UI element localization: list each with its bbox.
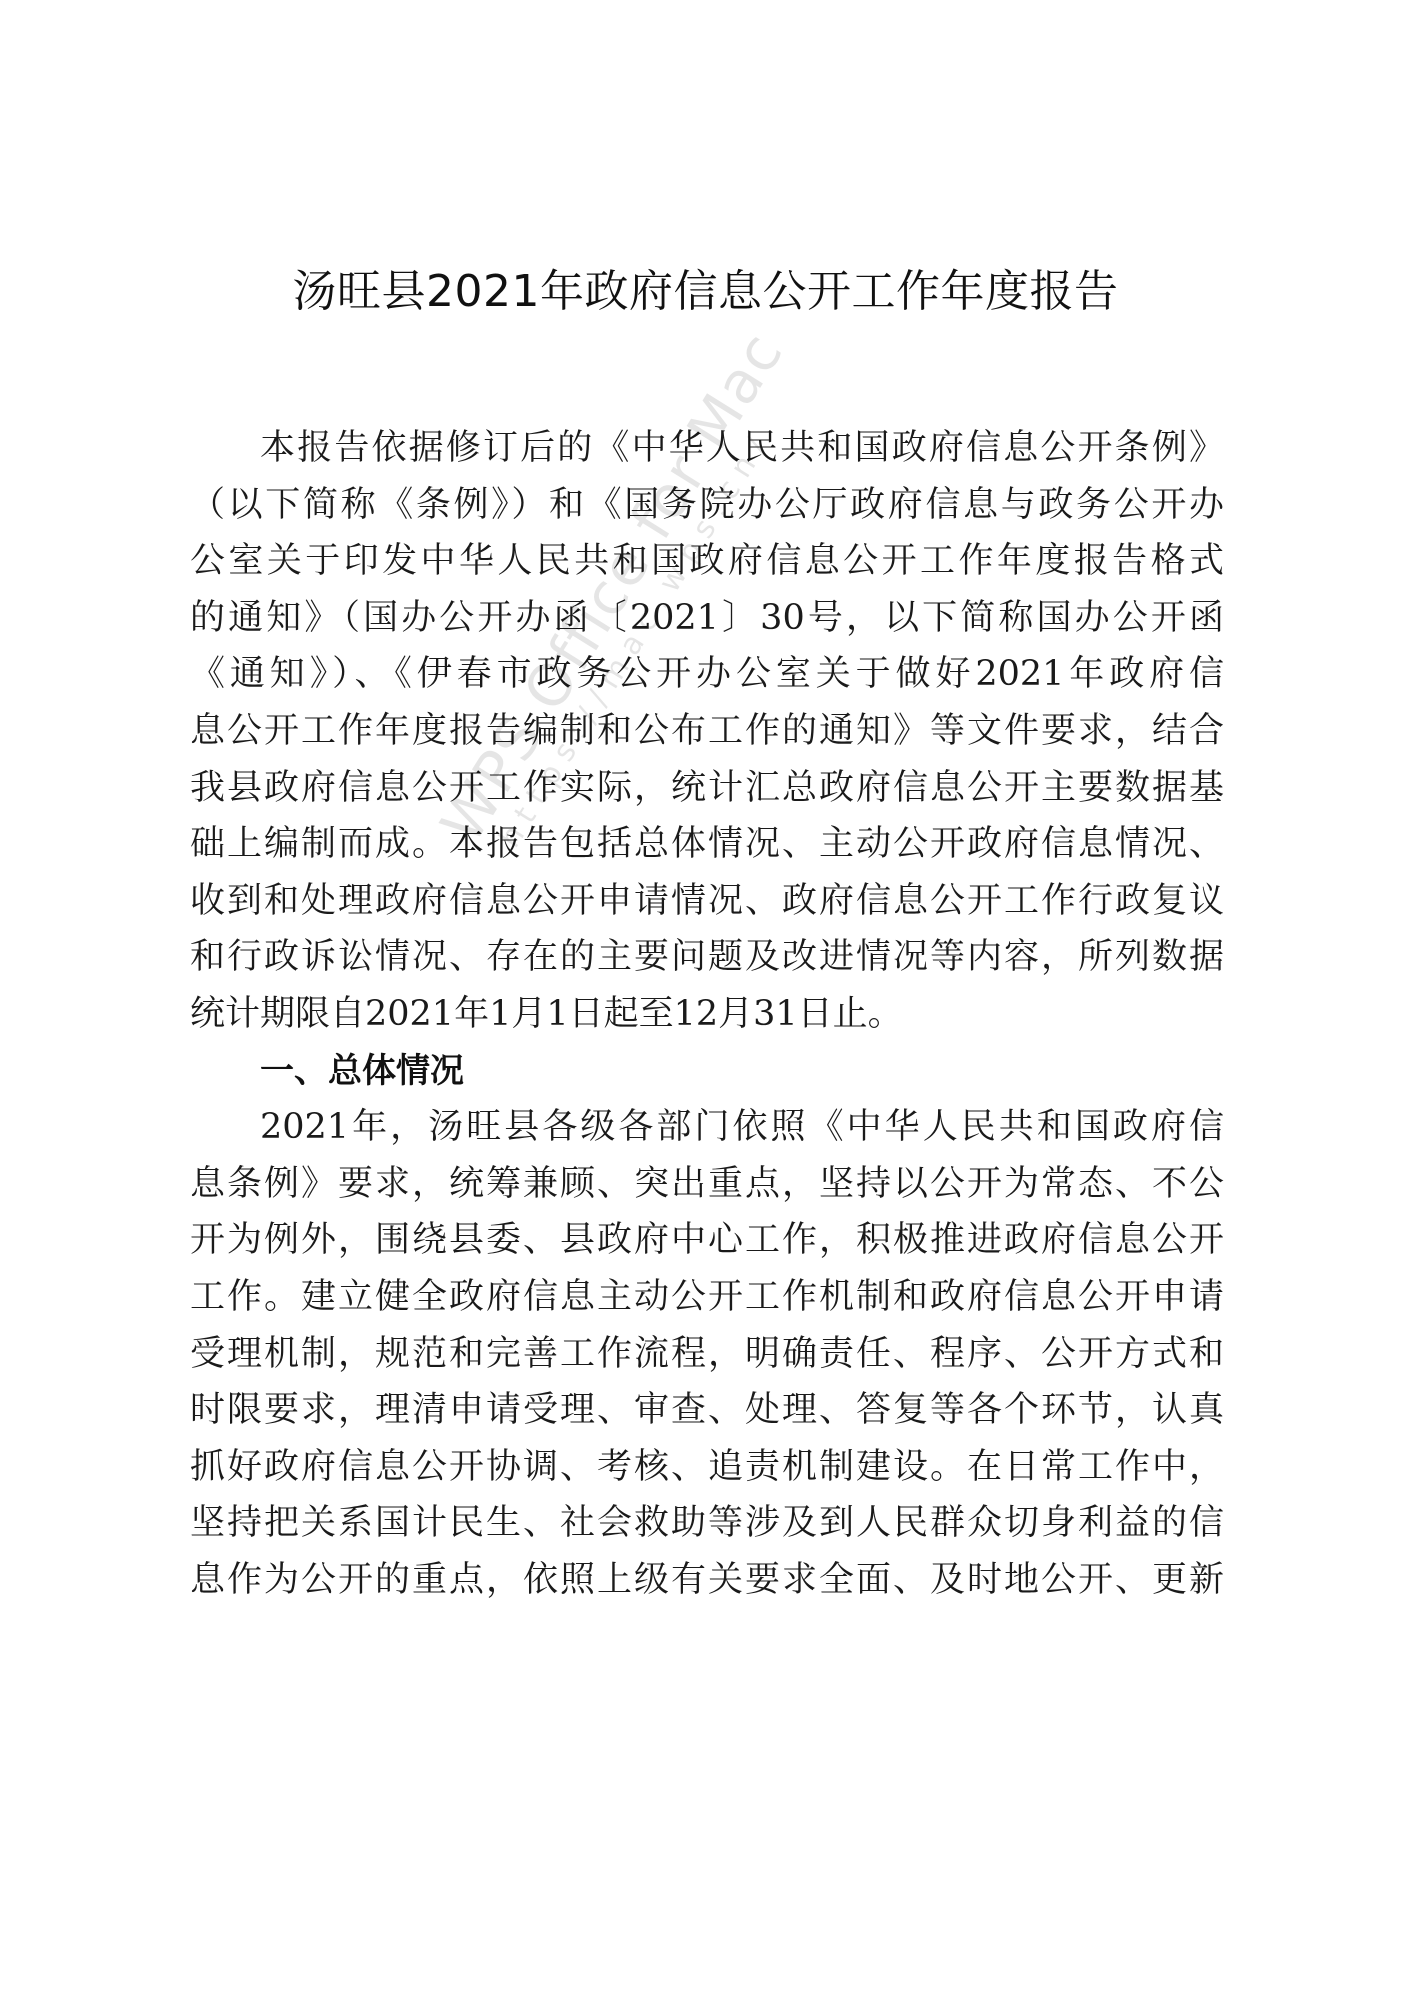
page-title: 汤旺县2021年政府信息公开工作年度报告	[0, 262, 1411, 322]
paragraph-line: 我县政府信息公开工作实际，统计汇总政府信息公开主要数据基	[190, 760, 1224, 817]
section-heading: 一、总体情况	[190, 1043, 1224, 1100]
paragraph-line: 工作。建立健全政府信息主动公开工作机制和政府信息公开申请	[190, 1269, 1224, 1326]
document-page: 汤旺县2021年政府信息公开工作年度报告 本报告依据修订后的《中华人民共和国政府…	[0, 0, 1411, 1995]
paragraph-line: 收到和处理政府信息公开申请情况、政府信息公开工作行政复议	[190, 873, 1224, 930]
paragraph-line: 时限要求，理清申请受理、审查、处理、答复等各个环节，认真	[190, 1382, 1224, 1439]
paragraph-line: 2021年，汤旺县各级各部门依照《中华人民共和国政府信	[190, 1099, 1224, 1156]
paragraph-line: 息公开工作年度报告编制和公布工作的通知》等文件要求，结合	[190, 703, 1224, 760]
paragraph-line: 本报告依据修订后的《中华人民共和国政府信息公开条例》	[190, 420, 1224, 477]
paragraph-line: 和行政诉讼情况、存在的主要问题及改进情况等内容，所列数据	[190, 929, 1224, 986]
paragraph-line: 础上编制而成。本报告包括总体情况、主动公开政府信息情况、	[190, 816, 1224, 873]
paragraph-line: 坚持把关系国计民生、社会救助等涉及到人民群众切身利益的信	[190, 1495, 1224, 1552]
paragraph-line: 统计期限自2021年1月1日起至12月31日止。	[190, 986, 1224, 1043]
paragraph-line: 《通知》）、《伊春市政务公开办公室关于做好2021年政府信	[190, 646, 1224, 703]
paragraph-line: 抓好政府信息公开协调、考核、追责机制建设。在日常工作中，	[190, 1439, 1224, 1496]
paragraph-line: （以下简称《条例》）和《国务院办公厅政府信息与政务公开办	[190, 477, 1224, 534]
paragraph-line: 受理机制，规范和完善工作流程，明确责任、程序、公开方式和	[190, 1326, 1224, 1383]
paragraph-line: 开为例外，围绕县委、县政府中心工作，积极推进政府信息公开	[190, 1212, 1224, 1269]
paragraph-line: 公室关于印发中华人民共和国政府信息公开工作年度报告格式	[190, 533, 1224, 590]
paragraph-line: 息作为公开的重点，依照上级有关要求全面、及时地公开、更新	[190, 1552, 1224, 1609]
paragraph-line: 的通知》（国办公开办函〔2021〕30号，以下简称国办公开函	[190, 590, 1224, 647]
document-body: 本报告依据修订后的《中华人民共和国政府信息公开条例》 （以下简称《条例》）和《国…	[190, 420, 1224, 1608]
paragraph-line: 息条例》要求，统筹兼顾、突出重点，坚持以公开为常态、不公	[190, 1156, 1224, 1213]
